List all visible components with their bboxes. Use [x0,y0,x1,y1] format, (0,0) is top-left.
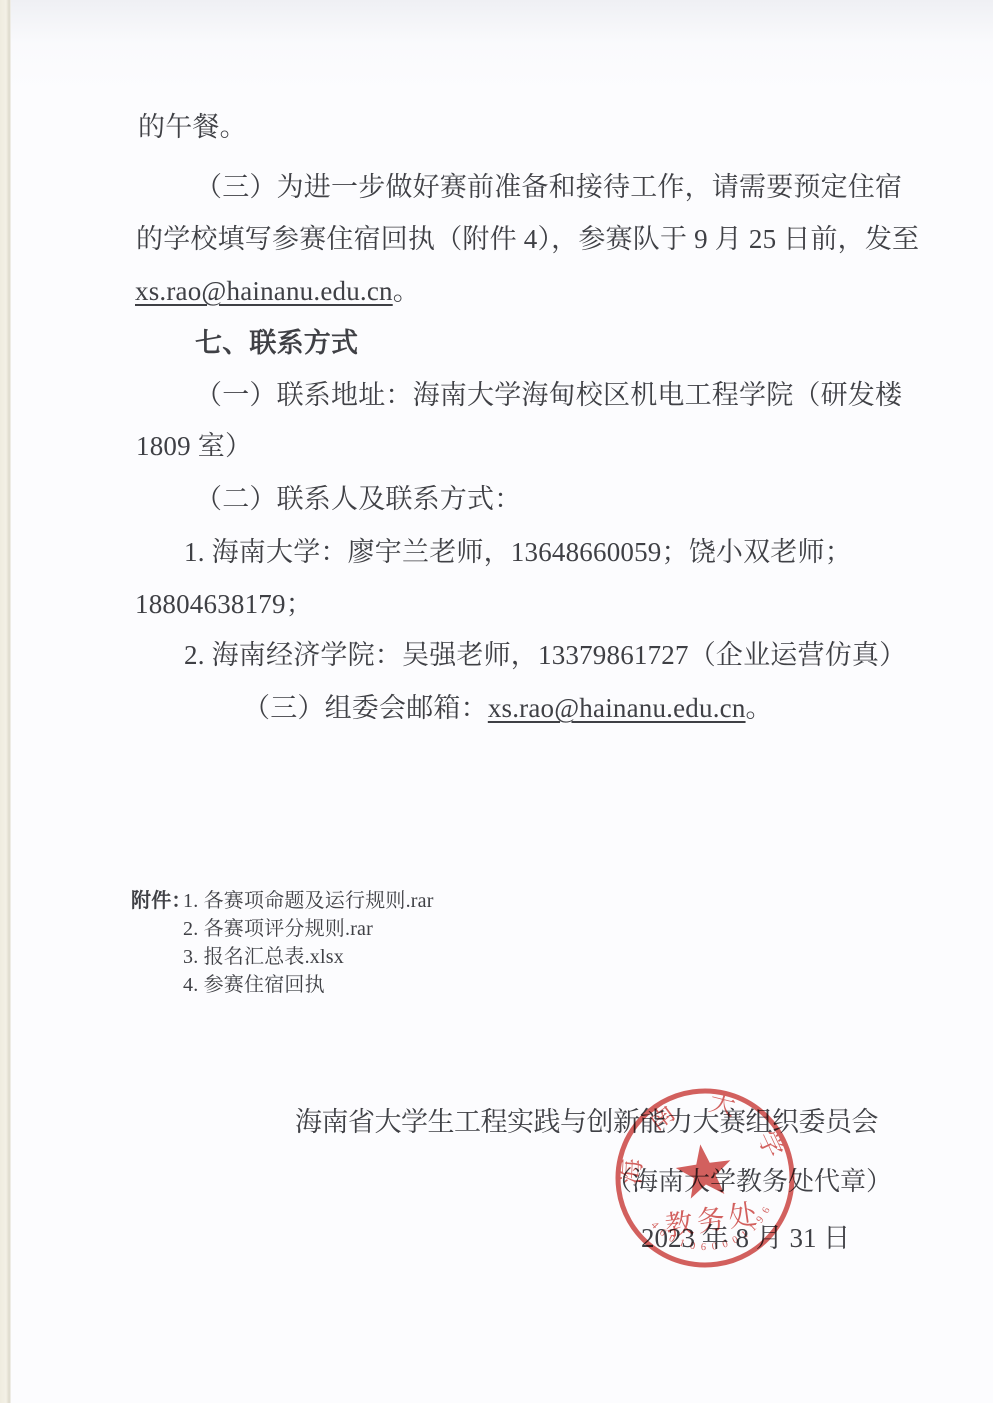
official-seal: 海南大学 教务处 4601060001196 [605,1078,805,1278]
contact-item2: 2. 海南经济学院：吴强老师，13379861727（企业运营仿真） [184,640,906,672]
attachment-item: 4. 参赛住宿回执 [183,974,325,997]
contact-address-line2: 1809 室） [136,431,252,463]
attachment-item: 2. 各赛项评分规则.rar [183,918,373,941]
contact-item1-line1: 1. 海南大学：廖宇兰老师，13648660059；饶小双老师； [184,537,852,569]
contact-section-heading: 七、联系方式 [195,328,358,360]
star-icon [673,1140,735,1200]
body-line-leftover: 的午餐。 [138,112,247,144]
contact-email-label: （三）组委会邮箱： [243,693,488,723]
scan-edge-left [0,0,11,1403]
scanned-document-page: 的午餐。 （三）为进一步做好赛前准备和接待工作，请需要预定住宿 的学校填写参赛住… [0,0,993,1403]
email-text: xs.rao@hainanu.edu.cn [488,693,746,723]
body-para3-line1: （三）为进一步做好赛前准备和接待工作，请需要预定住宿 [195,172,902,204]
contact-persons-intro: （二）联系人及联系方式： [195,484,521,516]
contact-address-line1: （一）联系地址：海南大学海甸校区机电工程学院（研发楼 [195,380,902,412]
email-suffix: 。 [393,276,420,306]
scan-shadow-top [0,0,993,100]
email-suffix: 。 [746,693,773,723]
body-para3-line2: 的学校填写参赛住宿回执（附件 4），参赛队于 9 月 25 日前，发至 [136,224,919,256]
body-para3-line3: xs.rao@hainanu.edu.cn。 [135,276,420,308]
email-text: xs.rao@hainanu.edu.cn [135,276,393,306]
contact-email-line: （三）组委会邮箱：xs.rao@hainanu.edu.cn。 [243,693,773,725]
attachment-item: 1. 各赛项命题及运行规则.rar [183,890,434,913]
attachment-item: 3. 报名汇总表.xlsx [183,946,344,969]
contact-item1-line2: 18804638179； [135,589,313,621]
